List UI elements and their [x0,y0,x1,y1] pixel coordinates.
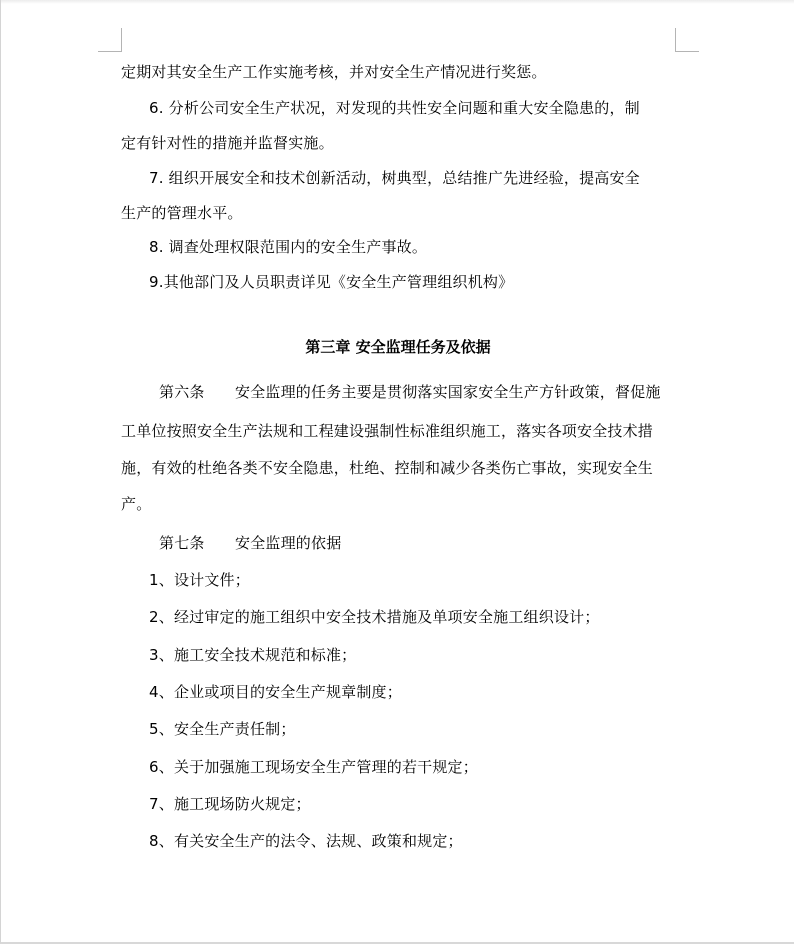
article-6-text: 安全监理的任务主要是贯彻落实国家安全生产方针政策，督促施 [235,383,661,401]
chapter-heading: 第三章 安全监理任务及依据 [1,337,794,357]
article-6-first-line: 第六条安全监理的任务主要是贯彻落实国家安全生产方针政策，督促施 [159,382,715,402]
basis-item: 4、企业或项目的安全生产规章制度； [149,682,705,702]
article-7-label: 第七条 [159,533,235,553]
basis-item: 5、安全生产责任制； [149,719,705,739]
paragraph-line: 生产的管理水平。 [121,203,677,223]
article-7-first-line: 第七条安全监理的依据 [159,533,715,553]
article-6-label: 第六条 [159,382,235,402]
basis-item: 3、施工安全技术规范和标准； [149,645,705,665]
page-top-shadow [1,0,794,4]
margin-corner-mark-top-left [98,28,122,52]
basis-item: 8、有关安全生产的法令、法规、政策和规定； [149,831,705,851]
article-6-line: 产。 [121,494,677,514]
article-7-title: 安全监理的依据 [235,534,341,552]
paragraph-line: 定期对其安全生产工作实施考核，并对安全生产情况进行奖惩。 [121,62,677,82]
basis-item: 1、设计文件； [149,570,705,590]
basis-item: 7、施工现场防火规定； [149,794,705,814]
margin-corner-mark-top-right [675,28,699,52]
basis-item: 6、关于加强施工现场安全生产管理的若干规定； [149,757,705,777]
list-item-7: 7. 组织开展安全和技术创新活动，树典型，总结推广先进经验，提高安全 [149,168,705,188]
article-6-line: 工单位按照安全生产法规和工程建设强制性标准组织施工，落实各项安全技术措 [121,421,677,441]
basis-item: 2、经过审定的施工组织中安全技术措施及单项安全施工组织设计； [149,607,705,627]
paragraph-line: 定有针对性的措施并监督实施。 [121,133,677,153]
list-item-9: 9.其他部门及人员职责详见《安全生产管理组织机构》 [149,272,705,292]
article-6-line: 施，有效的杜绝各类不安全隐患，杜绝、控制和减少各类伤亡事故，实现安全生 [121,458,677,478]
list-item-8: 8. 调查处理权限范围内的安全生产事故。 [149,237,705,257]
document-page: 定期对其安全生产工作实施考核，并对安全生产情况进行奖惩。 6. 分析公司安全生产… [0,0,794,944]
list-item-6: 6. 分析公司安全生产状况，对发现的共性安全问题和重大安全隐患的，制 [149,98,705,118]
